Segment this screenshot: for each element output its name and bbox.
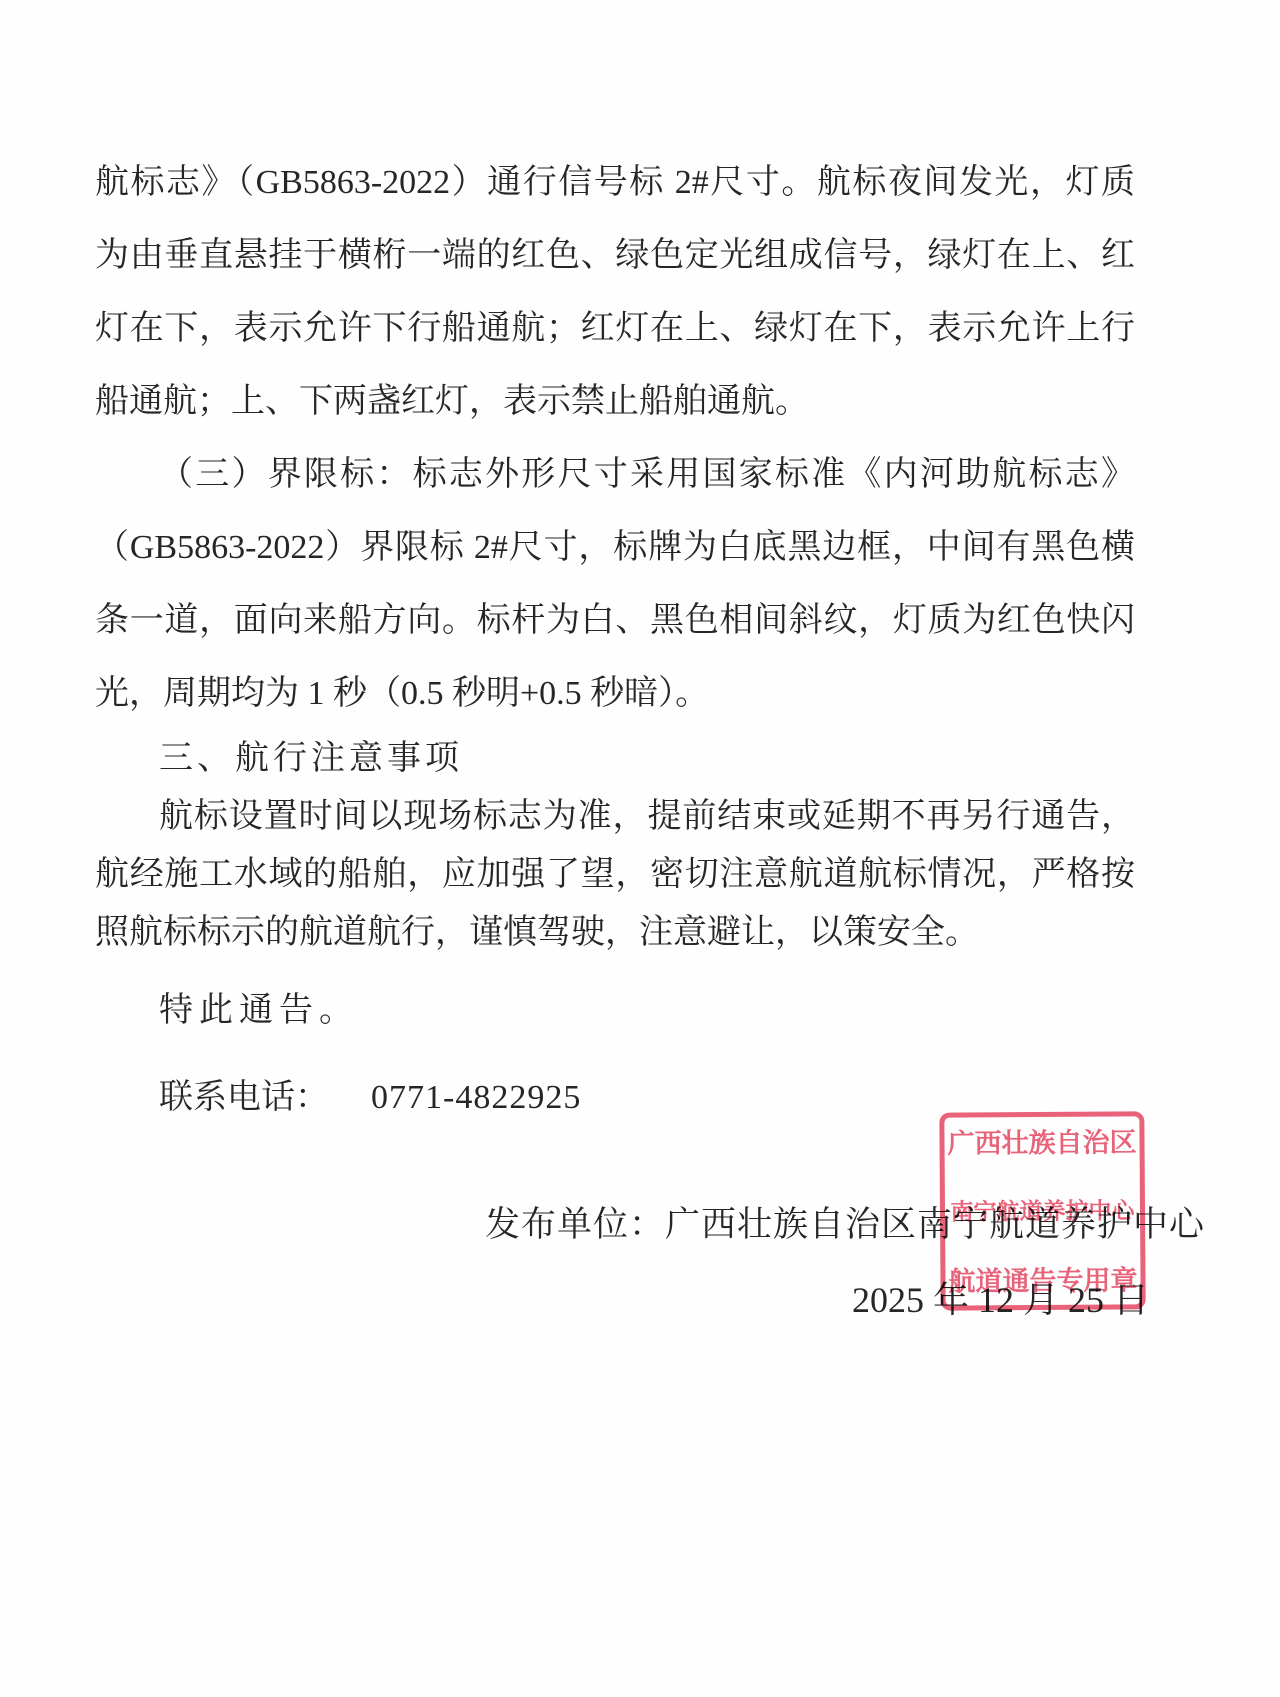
seal-line-region: 广西壮族自治区	[947, 1126, 1136, 1160]
contact-label: 联系电话：	[159, 1079, 329, 1116]
seal-line-purpose: 航道通告专用章	[948, 1264, 1137, 1298]
seal-line-org: 南宁航道养护中心	[950, 1198, 1134, 1227]
closing-line: 特此通告。	[95, 974, 1135, 1047]
body-line: 航标志》（GB5863-2022）通行信号标 2#尺寸。航标夜间发光，灯质	[95, 146, 1135, 219]
body-line: 航标设置时间以现场标志为准，提前结束或延期不再另行通告，	[95, 788, 1135, 846]
notice-page: 航标志》（GB5863-2022）通行信号标 2#尺寸。航标夜间发光，灯质 为由…	[0, 0, 1280, 1697]
body-line: （GB5863-2022）界限标 2#尺寸，标牌为白底黑边框，中间有黑色横	[95, 511, 1135, 584]
body-line: 光，周期均为 1 秒（0.5 秒明+0.5 秒暗）。	[95, 657, 1135, 730]
body-line: （三）界限标：标志外形尺寸采用国家标准《内河助航标志》	[95, 438, 1135, 511]
notice-body: 航标志》（GB5863-2022）通行信号标 2#尺寸。航标夜间发光，灯质 为由…	[95, 146, 1135, 1134]
body-line: 灯在下，表示允许下行船通航；红灯在上、绿灯在下，表示允许上行	[95, 292, 1135, 365]
official-seal: 广西壮族自治区 南宁航道养护中心 航道通告专用章	[939, 1111, 1145, 1310]
body-line: 船通航；上、下两盏红灯，表示禁止船舶通航。	[95, 365, 1135, 438]
section-heading: 三、航行注意事项	[95, 730, 1135, 788]
body-line: 为由垂直悬挂于横桁一端的红色、绿色定光组成信号，绿灯在上、红	[95, 219, 1135, 292]
body-line: 照航标标示的航道航行，谨慎驾驶，注意避让，以策安全。	[95, 904, 1135, 962]
contact-phone-number: 0771-4822925	[371, 1079, 581, 1116]
body-line: 条一道，面向来船方向。标杆为白、黑色相间斜纹，灯质为红色快闪	[95, 584, 1135, 657]
body-line: 航经施工水域的船舶，应加强了望，密切注意航道航标情况，严格按	[95, 846, 1135, 904]
